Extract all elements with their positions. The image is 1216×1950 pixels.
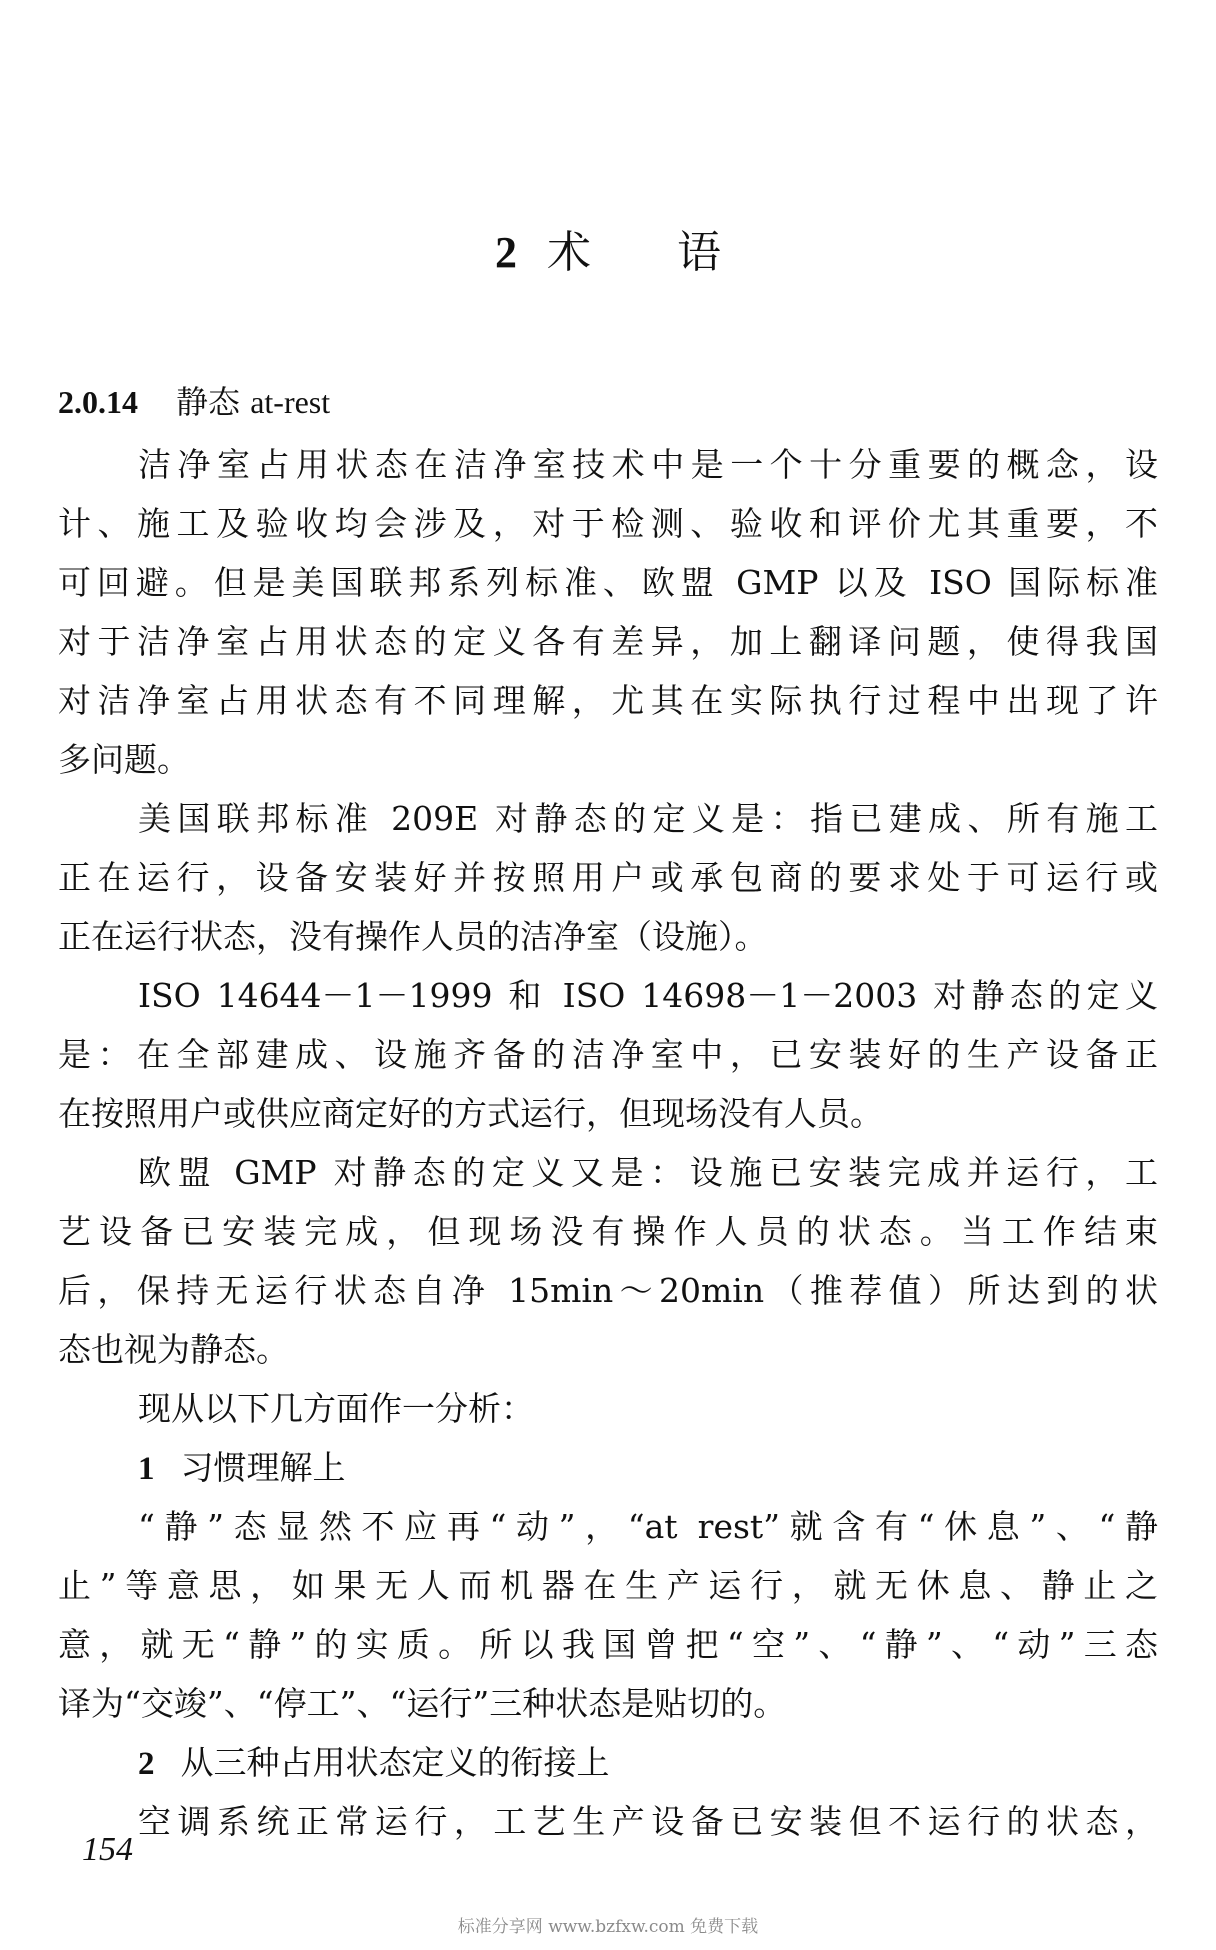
section-number: 2.0.14 (58, 384, 138, 420)
paragraph-line: 计、施工及验收均会涉及，对于检测、验收和评价尤其重要，不 (58, 502, 1158, 546)
chapter-title: 2术语 (0, 225, 1216, 281)
section-term-zh: 静态 (176, 383, 240, 421)
paragraph-line: 多问题。 (58, 738, 1158, 782)
subheading-number: 2 (138, 1746, 155, 1782)
paragraph-line: 译为“交竣”、“停工”、“运行”三种状态是贴切的。 (58, 1682, 1158, 1726)
paragraph-line: 对洁净室占用状态有不同理解，尤其在实际执行过程中出现了许 (58, 679, 1158, 723)
book-page: 2术语 2.0.14静态 at-rest 洁净室占用状态在洁净室技术中是一个十分… (0, 0, 1216, 1950)
subheading-1: 1习惯理解上 (138, 1446, 346, 1491)
paragraph-line: 正在运行，设备安装好并按照用户或承包商的要求处于可运行或 (58, 856, 1158, 900)
chapter-title-char-1: 术 (547, 227, 591, 278)
paragraph-line: 可回避。但是美国联邦系列标准、欧盟 GMP 以及 ISO 国际标准 (58, 561, 1158, 605)
paragraph-line: 意，就无“静”的实质。所以我国曾把“空”、“静”、“动”三态 (58, 1623, 1158, 1667)
paragraph-line: 艺设备已安装完成，但现场没有操作人员的状态。当工作结束 (58, 1210, 1158, 1254)
section-term-en: at-rest (250, 384, 330, 420)
paragraph-line: ISO 14644－1－1999 和 ISO 14698－1－2003 对静态的… (138, 974, 1158, 1018)
paragraph-line: 现从以下几方面作一分析： (138, 1387, 1158, 1431)
paragraph-line: 欧盟 GMP 对静态的定义又是：设施已安装完成并运行，工 (138, 1151, 1158, 1195)
watermark: 标准分享网 www.bzfxw.com 免费下载 (0, 1915, 1216, 1939)
subheading-text: 从三种占用状态定义的衔接上 (181, 1743, 610, 1782)
paragraph-line: 态也视为静态。 (58, 1328, 1158, 1372)
subheading-2: 2从三种占用状态定义的衔接上 (138, 1741, 610, 1786)
paragraph-line: 对于洁净室占用状态的定义各有差异，加上翻译问题，使得我国 (58, 620, 1158, 664)
paragraph-line: 在按照用户或供应商定好的方式运行，但现场没有人员。 (58, 1092, 1158, 1136)
page-number: 154 (82, 1830, 133, 1870)
paragraph-line: 是：在全部建成、设施齐备的洁净室中，已安装好的生产设备正 (58, 1033, 1158, 1077)
subheading-text: 习惯理解上 (181, 1448, 346, 1487)
paragraph-line: 空调系统正常运行，工艺生产设备已安装但不运行的状态， (138, 1800, 1158, 1844)
chapter-title-char-2: 语 (677, 227, 721, 278)
paragraph-line: 美国联邦标准 209E 对静态的定义是：指已建成、所有施工 (138, 797, 1158, 841)
paragraph-line: 止”等意思，如果无人而机器在生产运行，就无休息、静止之 (58, 1564, 1158, 1608)
chapter-number: 2 (495, 228, 517, 277)
paragraph-line: 后，保持无运行状态自净 15min～20min（推荐值）所达到的状 (58, 1269, 1158, 1313)
paragraph-line: 洁净室占用状态在洁净室技术中是一个十分重要的概念，设 (138, 443, 1158, 487)
section-heading: 2.0.14静态 at-rest (58, 380, 330, 424)
paragraph-line: 正在运行状态，没有操作人员的洁净室（设施）。 (58, 915, 1158, 959)
subheading-number: 1 (138, 1451, 155, 1487)
paragraph-line: “静”态显然不应再“动”，“at rest”就含有“休息”、“静 (138, 1505, 1158, 1549)
